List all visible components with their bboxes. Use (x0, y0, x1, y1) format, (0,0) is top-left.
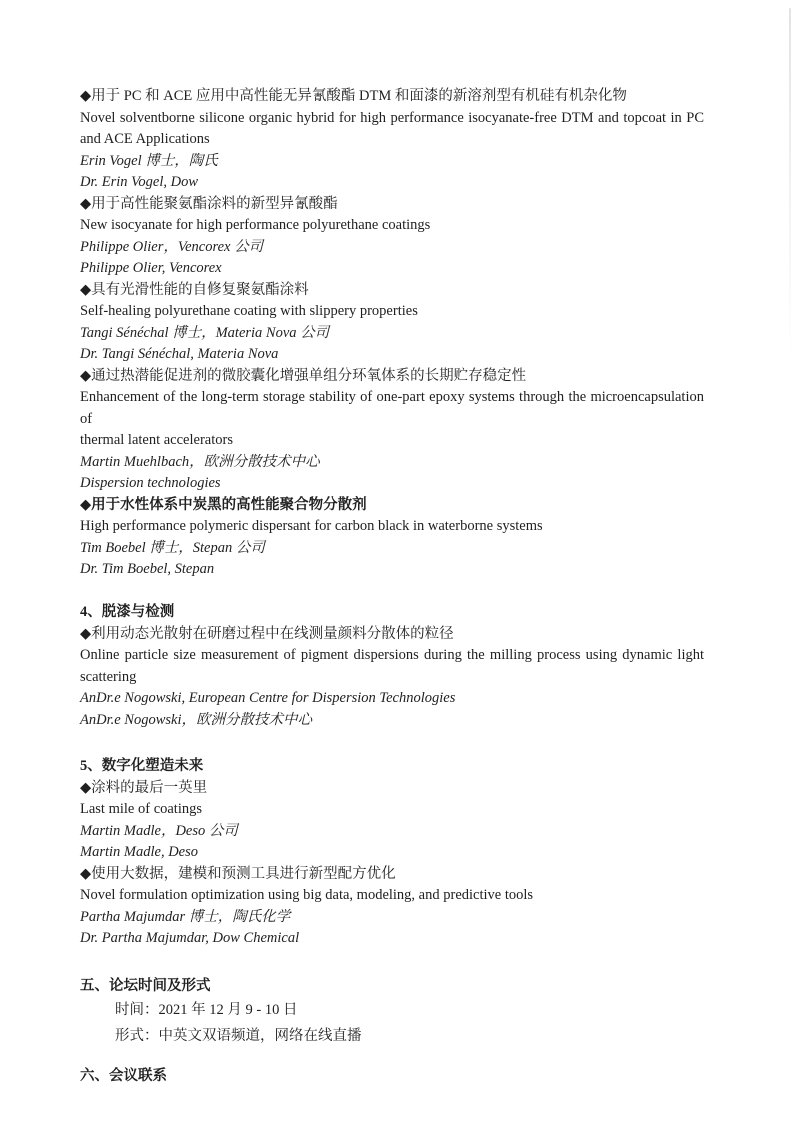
blank-line (80, 950, 704, 976)
talk-title-zh: ◆利用动态光散射在研磨过程中在线测量颜料分散体的粒径 (80, 624, 704, 646)
talk-title-zh: ◆用于水性体系中炭黑的高性能聚合物分散剂 (80, 495, 704, 517)
talk-title-en-line1: Self-healing polyurethane coating with s… (80, 301, 704, 323)
talk-speaker-en: Dr. Tangi Sénéchal, Materia Nova (80, 344, 704, 366)
forum-time-heading: 五、论坛时间及形式 (80, 976, 704, 998)
talk-speaker-en: Dispersion technologies (80, 473, 704, 495)
talk-title-en-line1: Novel formulation optimization using big… (80, 885, 704, 907)
talk-title-en-line1: New isocyanate for high performance poly… (80, 215, 704, 237)
talk-title-en-line1: Last mile of coatings (80, 799, 704, 821)
talk-title-en-line2: and ACE Applications (80, 129, 704, 151)
section-4-heading: 4、脱漆与检测 (80, 602, 704, 624)
talk-speaker-zh: Philippe Olier，Vencorex 公司 (80, 237, 704, 259)
talk-speaker-en: Philippe Olier, Vencorex (80, 258, 704, 280)
talk-title-en-line1: Enhancement of the long-term storage sta… (80, 387, 704, 430)
talk-title-en-line1: Novel solventborne silicone organic hybr… (80, 108, 704, 130)
scanned-document-page: ◆用于 PC 和 ACE 应用中高性能无异氰酸酯 DTM 和面漆的新溶剂型有机硅… (0, 0, 800, 1131)
talk-title-en-line1: High performance polymeric dispersant fo… (80, 516, 704, 538)
talk-speaker-en: Dr. Tim Boebel, Stepan (80, 559, 704, 581)
blank-line (80, 1049, 704, 1066)
talk-title-en-line2: scattering (80, 667, 704, 689)
talk-speaker-zh: Erin Vogel 博士，陶氏 (80, 151, 704, 173)
blank-line (80, 731, 704, 756)
talk-title-en-line1: Online particle size measurement of pigm… (80, 645, 704, 667)
forum-format-line: 形式：中英文双语频道，网络在线直播 (115, 1023, 704, 1049)
talk-speaker-en: Martin Madle, Deso (80, 842, 704, 864)
talk-title-zh: ◆用于高性能聚氨酯涂料的新型异氰酸酯 (80, 194, 704, 216)
talk-speaker-zh: Tim Boebel 博士，Stepan 公司 (80, 538, 704, 560)
blank-line (80, 581, 704, 603)
talk-title-zh: ◆使用大数据，建模和预测工具进行新型配方优化 (80, 864, 704, 886)
talk-speaker-zh: AnDr.e Nogowski，欧洲分散技术中心 (80, 710, 704, 732)
contact-heading: 六、会议联系 (80, 1066, 704, 1088)
talk-speaker-zh: Martin Muehlbach，欧洲分散技术中心 (80, 452, 704, 474)
section-5-heading: 5、数字化塑造未来 (80, 756, 704, 778)
talk-speaker-en: Dr. Partha Majumdar, Dow Chemical (80, 928, 704, 950)
talk-title-zh: ◆通过热潜能促进剂的微胶囊化增强单组分环氧体系的长期贮存稳定性 (80, 366, 704, 388)
forum-time-line: 时间：2021 年 12 月 9 - 10 日 (115, 997, 704, 1023)
talk-title-zh: ◆用于 PC 和 ACE 应用中高性能无异氰酸酯 DTM 和面漆的新溶剂型有机硅… (80, 86, 704, 108)
talk-title-zh: ◆涂料的最后一英里 (80, 778, 704, 800)
talk-speaker-zh: Martin Madle，Deso 公司 (80, 821, 704, 843)
talk-title-en-line2: thermal latent accelerators (80, 430, 704, 452)
talk-title-zh: ◆具有光滑性能的自修复聚氨酯涂料 (80, 280, 704, 302)
talk-speaker-zh: Partha Majumdar 博士，陶氏化学 (80, 907, 704, 929)
talk-speaker-zh: Tangi Sénéchal 博士，Materia Nova 公司 (80, 323, 704, 345)
talk-speaker-en: Dr. Erin Vogel, Dow (80, 172, 704, 194)
scan-edge-artifact (789, 8, 791, 358)
talk-speaker-en: AnDr.e Nogowski, European Centre for Dis… (80, 688, 704, 710)
document-content: ◆用于 PC 和 ACE 应用中高性能无异氰酸酯 DTM 和面漆的新溶剂型有机硅… (80, 86, 704, 1088)
